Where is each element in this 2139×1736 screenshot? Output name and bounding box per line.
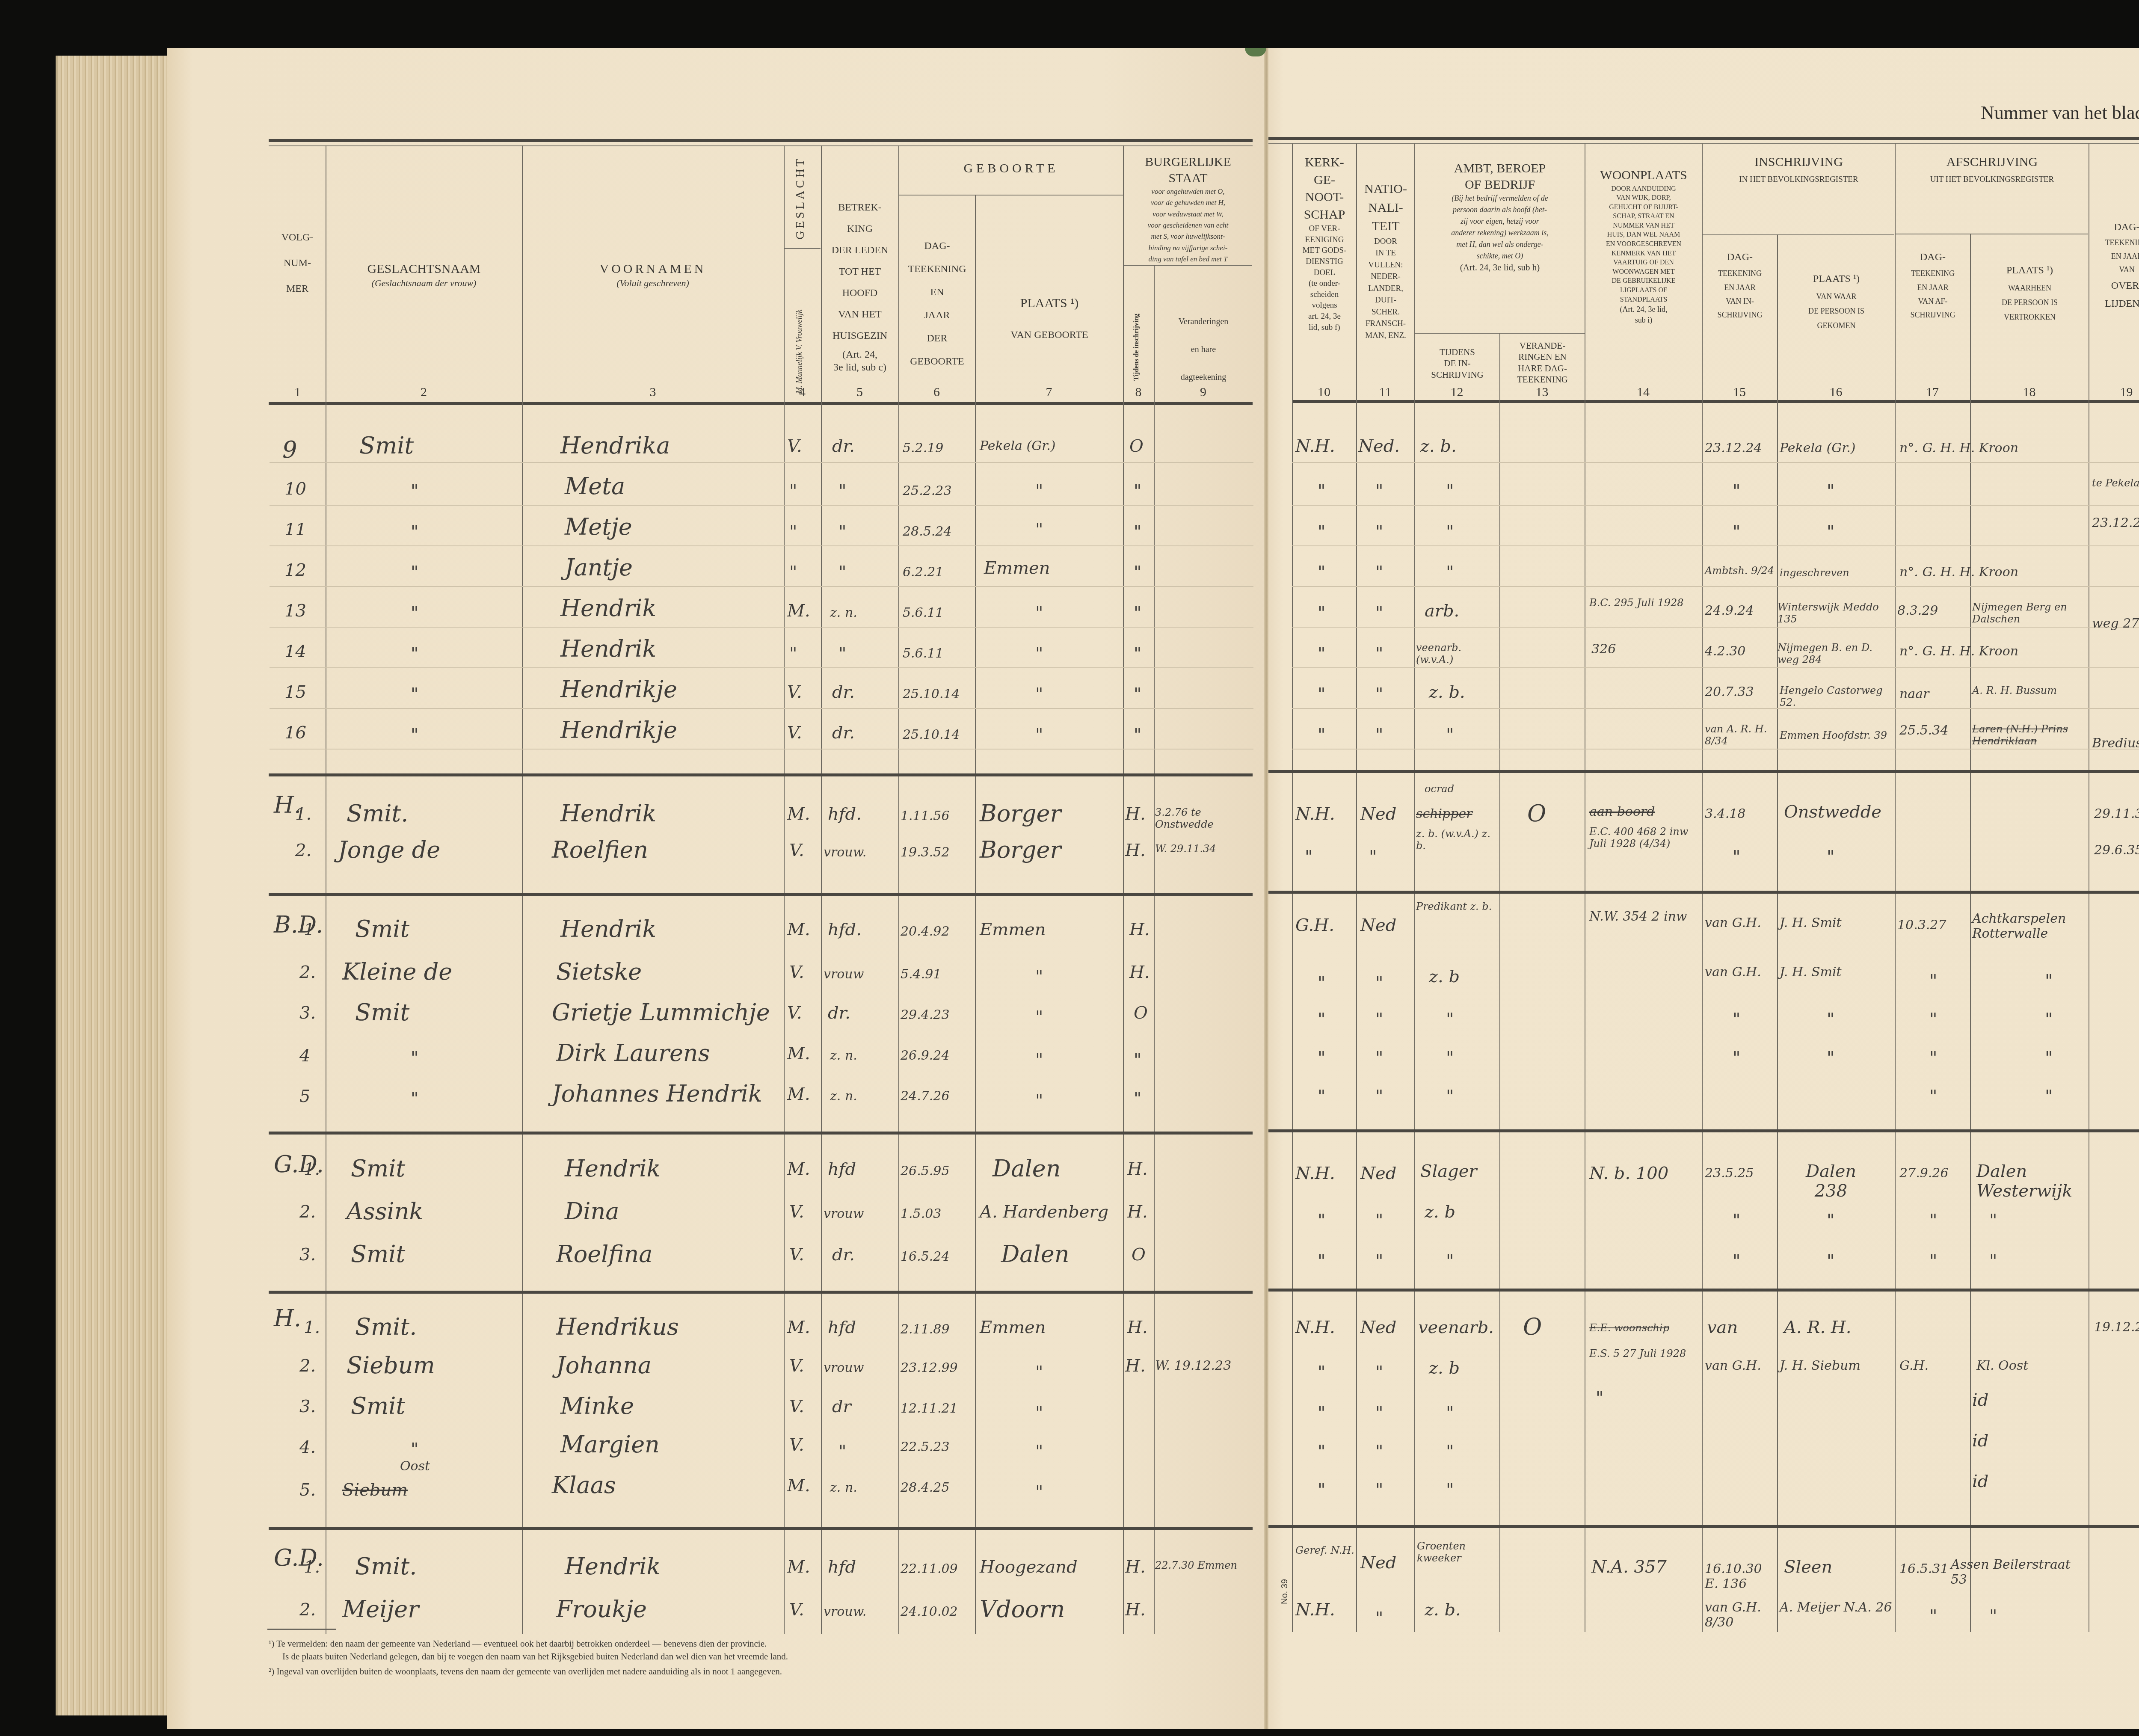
sex: V. xyxy=(787,723,802,743)
row-line xyxy=(1292,749,2139,750)
birth-date: 19.3.52 xyxy=(901,845,950,860)
deregistration-place: " xyxy=(2045,1087,2053,1106)
birth-place: Vdoorn xyxy=(980,1596,1065,1623)
row-line xyxy=(270,708,1253,709)
registration-place: Nijmegen B. en D. weg 284 xyxy=(1778,642,1893,666)
birth-date: 25.2.23 xyxy=(903,483,952,498)
religion: " xyxy=(1305,847,1312,867)
registration-date: " xyxy=(1733,1251,1740,1271)
religion: N.H. xyxy=(1295,1600,1335,1620)
occupation-change: O xyxy=(1523,1313,1542,1340)
marital-status: H. xyxy=(1127,1159,1148,1179)
deregistration-place: " xyxy=(2045,1048,2053,1068)
registration-date: van xyxy=(1707,1318,1738,1337)
header-plaats-geboorte: PLAATS ¹) VAN GEBOORTE xyxy=(976,295,1123,341)
birth-date: 25.10.14 xyxy=(903,727,960,742)
col-line xyxy=(1702,143,1703,1632)
col-line xyxy=(1292,143,1293,1632)
occupation: " xyxy=(1446,1010,1454,1029)
relation: vrouw xyxy=(824,967,864,982)
birth-place: " xyxy=(1035,1007,1043,1027)
address: N.A. 357 xyxy=(1591,1557,1667,1577)
birth-place: " xyxy=(1035,1363,1043,1382)
household-separator xyxy=(1268,891,2139,894)
row-line xyxy=(1292,505,2139,506)
marital-status: H. xyxy=(1127,1202,1148,1222)
surname: Smit. xyxy=(355,1313,417,1340)
household-separator xyxy=(1268,770,2139,773)
birth-date: 28.5.24 xyxy=(903,524,952,539)
deregistration-place: Achtkarspelen Rotterwalle xyxy=(1972,911,2088,941)
death-date: 29.11.34 xyxy=(2094,806,2139,821)
given-names: Metje xyxy=(565,513,632,540)
surname: " xyxy=(411,644,418,664)
address: aan boord xyxy=(1589,804,1655,819)
relation: dr. xyxy=(832,436,855,456)
death-date: 19.12.23 xyxy=(2094,1320,2139,1335)
religion: N.H. xyxy=(1295,804,1335,824)
birth-place: Emmen xyxy=(984,558,1050,578)
religion: " xyxy=(1318,522,1325,542)
registration-place: " xyxy=(1827,481,1834,501)
deregistration-place: " xyxy=(2045,971,2053,991)
sex: M. xyxy=(787,1159,810,1179)
nationality: " xyxy=(1375,684,1383,704)
nationality: " xyxy=(1375,1363,1383,1382)
row-line xyxy=(270,627,1253,628)
header-bottom-rule-right xyxy=(1292,400,2139,403)
col-line xyxy=(1499,333,1500,1632)
col-line xyxy=(1154,265,1155,1634)
relation: z. n. xyxy=(830,1480,857,1495)
sex: V. xyxy=(789,1356,804,1376)
occupation: z. b xyxy=(1425,1202,1455,1222)
religion: " xyxy=(1318,1010,1325,1029)
surname: Smit. xyxy=(355,1553,417,1580)
row-number: 5. xyxy=(299,1480,316,1500)
row-line xyxy=(270,505,1253,506)
registration-place: Onstwedde xyxy=(1784,802,1881,822)
col-num-14: 14 xyxy=(1585,385,1702,400)
birth-place: Emmen xyxy=(980,1318,1046,1337)
col-num-12: 12 xyxy=(1414,385,1499,400)
header-geslacht: GESLACHT xyxy=(794,157,807,240)
household-separator xyxy=(269,1291,1253,1294)
col-num-1: 1 xyxy=(270,385,326,400)
col-num-6: 6 xyxy=(898,385,975,400)
birth-date: 1.5.03 xyxy=(901,1206,941,1221)
nationality: Ned xyxy=(1360,1318,1396,1337)
row-number: 15 xyxy=(284,682,306,702)
surname: Smit xyxy=(355,999,409,1026)
given-names: Hendrikus xyxy=(556,1313,679,1340)
header-top-thin-left xyxy=(269,145,1253,146)
religion: " xyxy=(1318,973,1325,993)
given-names: Hendrik xyxy=(560,800,656,827)
row-number: 2. xyxy=(299,1202,316,1222)
col-line xyxy=(2089,143,2089,1632)
birth-place: " xyxy=(1035,603,1043,623)
row-line xyxy=(1292,627,2139,628)
birth-date: 25.10.14 xyxy=(903,687,960,702)
death-info: weg 275 xyxy=(2092,616,2139,631)
row-number: 11 xyxy=(284,520,306,539)
row-line xyxy=(270,462,1253,463)
marital-status: " xyxy=(1134,1089,1141,1108)
address: E.E. woonschip xyxy=(1589,1322,1669,1334)
header-burgerlijke-staat: BURGERLIJKE STAAT voor ongehuwden met O,… xyxy=(1124,154,1252,265)
deregistration-date: 8.3.29 xyxy=(1897,603,1938,618)
occupation: " xyxy=(1446,1480,1454,1500)
deregistration-date: " xyxy=(1929,971,1937,991)
registration-place: Emmen Hoofdstr. 39 xyxy=(1780,729,1887,741)
relation: " xyxy=(838,481,846,501)
occupation: veenarb. (w.v.A.) xyxy=(1416,642,1497,666)
birth-place: " xyxy=(1035,725,1043,745)
given-names: Johanna xyxy=(556,1352,652,1379)
religion: Geref. N.H. xyxy=(1295,1544,1355,1556)
surname: " xyxy=(411,1048,418,1068)
header-woonplaats: WOONPLAATS DOOR AANDUIDING VAN WIJK, DOR… xyxy=(1585,167,1702,325)
sex: V. xyxy=(787,436,802,456)
col-line xyxy=(975,195,976,1634)
nationality: Ned xyxy=(1360,915,1396,935)
surname: " xyxy=(411,725,418,745)
given-names: Sietske xyxy=(556,958,642,985)
given-names: Hendrik xyxy=(565,1553,661,1580)
nationality: " xyxy=(1375,1211,1383,1230)
registration-date: 3.4.18 xyxy=(1705,806,1745,821)
registration-date: " xyxy=(1733,847,1740,867)
given-names: Grietje Lummichje xyxy=(552,999,770,1026)
marital-change: 22.7.30 Emmen xyxy=(1155,1559,1251,1571)
given-names: Hendrik xyxy=(565,1155,661,1182)
marital-change: 3.2.76 te Onstwedde xyxy=(1155,806,1251,830)
book-gutter xyxy=(1264,48,1268,1729)
birth-date: 20.4.92 xyxy=(901,924,950,939)
col-line xyxy=(1777,234,1778,1632)
household-separator xyxy=(269,893,1253,896)
row-line xyxy=(270,667,1253,668)
registration-date: van A. R. H. 8/34 xyxy=(1705,723,1778,747)
deregistration-date: " xyxy=(1929,1010,1937,1029)
surname: Smit xyxy=(351,1392,405,1419)
nationality: " xyxy=(1375,725,1383,745)
row-number: 1 xyxy=(304,920,314,939)
birth-place: " xyxy=(1035,684,1043,704)
nationality: " xyxy=(1375,644,1383,664)
religion: " xyxy=(1318,725,1325,745)
sheet-number-label: Nummer van het blad xyxy=(1981,102,2139,124)
surname: Smit xyxy=(359,432,414,459)
surname: " xyxy=(411,522,418,542)
birth-place: Dalen xyxy=(992,1155,1061,1182)
marital-status: H. xyxy=(1125,804,1146,824)
header-overlijden: DAG- TEEKENING EN JAAR VAN OVER- LIJDEN … xyxy=(2089,218,2139,313)
birth-place: " xyxy=(1035,1050,1043,1070)
relation: z. n. xyxy=(830,605,857,620)
registration-place: A. R. H. xyxy=(1784,1318,1851,1337)
address: N.W. 354 2 inw xyxy=(1589,909,1687,924)
row-number: 4 xyxy=(299,1046,310,1066)
header-veranderingen: Veranderingen en hare dagteekening xyxy=(1155,317,1252,383)
birth-date: 5.2.19 xyxy=(903,441,943,456)
registration-date: Ambtsh. 9/24 xyxy=(1705,565,1778,577)
religion: " xyxy=(1318,644,1325,664)
header-afschrijving: AFSCHRIJVING UIT HET BEVOLKINGSREGISTER xyxy=(1896,154,2089,184)
col-line xyxy=(522,145,523,1634)
registration-place: " xyxy=(1827,1010,1834,1029)
row-number: 2. xyxy=(295,841,311,860)
registration-date: 24.9.24 xyxy=(1705,603,1754,618)
row-number: 13 xyxy=(284,601,306,621)
birth-place: " xyxy=(1035,1482,1043,1502)
birth-place: " xyxy=(1035,644,1043,664)
birth-date: 24.10.02 xyxy=(901,1604,958,1619)
birth-date: 24.7.26 xyxy=(901,1089,950,1104)
birth-date: 26.9.24 xyxy=(901,1048,950,1063)
header-veranderingen-beroep: VERANDE- RINGEN EN HARE DAG- TEEKENING xyxy=(1500,340,1585,385)
marital-change: W. 19.12.23 xyxy=(1155,1358,1231,1373)
nationality: " xyxy=(1375,1251,1383,1271)
registration-date: van G.H. xyxy=(1705,915,1761,930)
col-num-15: 15 xyxy=(1702,385,1777,400)
registration-place: J. H. Smit xyxy=(1780,915,1842,930)
registration-place: Winterswijk Meddo 135 xyxy=(1778,601,1893,625)
row-number: 3. xyxy=(299,1003,316,1023)
registration-place: A. Meijer N.A. 26 xyxy=(1780,1600,1895,1615)
relation: dr. xyxy=(832,682,855,702)
occupation: z. b. (w.v.A.) z. b. xyxy=(1416,828,1497,852)
address: 326 xyxy=(1591,642,1616,657)
given-names: Hendrik xyxy=(560,915,656,942)
birth-place: Hoogezand xyxy=(980,1557,1078,1577)
col-line xyxy=(1585,143,1585,1632)
registration-place: Dalen 238 xyxy=(1788,1161,1874,1201)
household-separator xyxy=(269,1527,1253,1530)
religion: N.H. xyxy=(1295,436,1335,456)
header-geslacht-mv: M. Mannelijk V. Vrouwelijk xyxy=(795,310,804,394)
surname: " xyxy=(411,1440,418,1459)
row-number: 1. xyxy=(295,804,311,824)
col-line xyxy=(1895,143,1896,1632)
occupation: z. b. xyxy=(1429,682,1465,702)
given-names: Hendrik xyxy=(560,595,656,622)
surname: " xyxy=(411,563,418,582)
registration-date: van G.H. xyxy=(1705,965,1761,980)
given-names: Minke xyxy=(560,1392,634,1419)
surname: Meijer xyxy=(342,1596,419,1623)
given-names: Jantje xyxy=(565,554,633,581)
col-num-19: 19 xyxy=(2089,385,2139,400)
header-volgnummer: VOLG- NUM- MER xyxy=(270,231,325,295)
registration-place: Hengelo Castorweg 52. xyxy=(1780,684,1895,708)
header-plaats-waarheen: PLAATS ¹) WAARHEEN DE PERSOON IS VERTROK… xyxy=(1971,261,2089,324)
address: E.S. 5 27 Juli 1928 xyxy=(1589,1348,1696,1360)
nationality: " xyxy=(1375,1403,1383,1423)
relation: z. n. xyxy=(830,1089,857,1104)
registration-date: " xyxy=(1733,1048,1740,1068)
registration-place: ingeschreven xyxy=(1780,567,1849,579)
relation: vrouw xyxy=(824,1206,864,1221)
relation: hfd. xyxy=(828,920,862,939)
given-names: Hendrikje xyxy=(560,676,677,703)
header-ambt-beroep: AMBT, BEROEP OF BEDRIJF (Bij het bedrijf… xyxy=(1415,160,1585,273)
deregistration-date: 16.5.31 xyxy=(1899,1561,1949,1576)
birth-date: 29.4.23 xyxy=(901,1007,950,1022)
deregistration-place: Assen Beilerstraat 53 xyxy=(1951,1557,2088,1587)
deregistration-place: Dalen Westerwijk xyxy=(1976,1161,2088,1201)
nationality: " xyxy=(1375,603,1383,623)
relation: hfd xyxy=(828,1159,856,1179)
deregistration-date: " xyxy=(1929,1251,1937,1271)
surname: Smit xyxy=(355,915,409,942)
sex: M. xyxy=(787,1084,810,1104)
birth-date: 22.11.09 xyxy=(901,1561,958,1576)
col-line xyxy=(898,145,899,1634)
relation: vrouw xyxy=(824,1360,864,1375)
address: " xyxy=(1596,1388,1603,1408)
occupation: z. b. xyxy=(1420,436,1457,456)
religion: " xyxy=(1318,1403,1325,1423)
marital-status: O xyxy=(1134,1003,1148,1023)
registration-date: " xyxy=(1733,1010,1740,1029)
birth-place: " xyxy=(1035,1442,1043,1461)
row-number: 14 xyxy=(284,642,306,661)
deregistration-place: id xyxy=(1972,1472,1988,1491)
religion: N.H. xyxy=(1295,1318,1335,1337)
deregistration-place: id xyxy=(1972,1431,1988,1451)
sex: V. xyxy=(789,1600,804,1620)
birth-date: 16.5.24 xyxy=(901,1249,950,1264)
sex: V. xyxy=(789,1397,804,1416)
header-nationaliteit: NATIO- NALI- TEIT DOOR IN TE VULLEN: NED… xyxy=(1357,180,1414,341)
nationality: " xyxy=(1375,563,1383,582)
relation: dr. xyxy=(832,723,855,743)
header-bottom-rule-left xyxy=(269,402,1253,405)
birth-place: Borger xyxy=(980,800,1061,827)
relation: vrouw. xyxy=(824,845,866,860)
header-kerkgenootschap: KERK- GE- NOOT- SCHAP OF VER- EENIGING M… xyxy=(1293,154,1356,333)
registration-date: van G.H. 8/30 xyxy=(1705,1600,1778,1630)
marital-status: " xyxy=(1134,522,1141,542)
row-line xyxy=(270,545,1253,546)
marital-status: H. xyxy=(1125,1356,1146,1376)
surname-struck: Siebum xyxy=(342,1480,408,1500)
col-num-13: 13 xyxy=(1499,385,1585,400)
religion: N.H. xyxy=(1295,1164,1335,1183)
sex: M. xyxy=(787,804,810,824)
footnote-1: ¹) Te vermelden: den naam der gemeente v… xyxy=(269,1638,767,1649)
birth-date: 5.6.11 xyxy=(903,646,943,661)
occupation-change: O xyxy=(1527,800,1546,827)
marital-status: " xyxy=(1134,603,1141,623)
sex: M. xyxy=(787,1318,810,1337)
relation: " xyxy=(838,1442,846,1461)
nationality: " xyxy=(1375,1048,1383,1068)
registration-place: " xyxy=(1827,1251,1834,1271)
registration-place: J. H. Smit xyxy=(1780,965,1842,980)
birth-date: 23.12.99 xyxy=(901,1360,958,1375)
occupation: " xyxy=(1446,725,1454,745)
household-separator xyxy=(269,1132,1253,1135)
marital-status: " xyxy=(1134,725,1141,745)
deregistration-place: " xyxy=(1989,1251,1997,1271)
occupation: " xyxy=(1446,1442,1454,1461)
nationality: " xyxy=(1375,522,1383,542)
deregistration-date: " xyxy=(1929,1606,1937,1626)
geboorte-subrule xyxy=(899,195,1123,196)
row-number: 4. xyxy=(299,1437,316,1457)
deregistration-date: " xyxy=(1929,1087,1937,1106)
given-names: Hendrika xyxy=(560,432,670,459)
birth-place: Borger xyxy=(980,836,1061,863)
given-names: Froukje xyxy=(556,1596,647,1623)
registration-date: 16.10.30 E. 136 xyxy=(1705,1561,1778,1591)
header-top-rule-left xyxy=(269,139,1253,142)
row-number: 2. xyxy=(299,1356,316,1376)
birth-place: Pekela (Gr.) xyxy=(980,438,1056,453)
row-number: 12 xyxy=(284,560,306,580)
death-date: 29.6.35 xyxy=(2094,843,2139,858)
household-separator xyxy=(1268,1525,2139,1528)
registration-place: " xyxy=(1827,522,1834,542)
sex: M. xyxy=(787,1476,810,1496)
header-inschrijving: INSCHRIJVING IN HET BEVOLKINGSREGISTER xyxy=(1703,154,1895,184)
death-info: Brediusweg 70 xyxy=(2092,736,2139,751)
deregistration-place: n°. G. H. H. Kroon xyxy=(1899,441,2018,456)
surname: " xyxy=(411,481,418,501)
row-line xyxy=(1292,667,2139,668)
nationality: " xyxy=(1375,1087,1383,1106)
col-num-16: 16 xyxy=(1777,385,1895,400)
religion: " xyxy=(1318,1087,1325,1106)
nationality: " xyxy=(1375,1609,1383,1628)
deregistration-place: A. R. H. Bussum xyxy=(1972,684,2088,696)
col-num-9: 9 xyxy=(1154,385,1253,400)
surname: Smit. xyxy=(347,800,408,827)
given-names: Margien xyxy=(560,1431,660,1458)
deregistration-place: Laren (N.H.) Prins Hendriklaan xyxy=(1972,723,2088,747)
surname: Smit xyxy=(351,1241,405,1268)
religion: " xyxy=(1318,684,1325,704)
col-num-8: 8 xyxy=(1123,385,1154,400)
nationality: " xyxy=(1375,973,1383,993)
relation: dr. xyxy=(828,1003,850,1023)
deregistration-place: n°. G. H. H. Kroon xyxy=(1899,644,2018,659)
religion: " xyxy=(1318,563,1325,582)
deregistration-place: n°. G. H. H. Kroon xyxy=(1899,565,2018,580)
col-line xyxy=(784,145,785,1634)
header-betrekking: BETREK- KING DER LEDEN TOT HET HOOFD VAN… xyxy=(822,201,898,374)
occupation: z. b xyxy=(1429,967,1460,986)
registration-place: Sleen xyxy=(1784,1557,1832,1577)
surname: Smit xyxy=(351,1155,405,1182)
afschrijving-subrule xyxy=(1896,234,2088,234)
nationality: Ned xyxy=(1360,1164,1396,1183)
deregistration-date: 10.3.27 xyxy=(1897,918,1946,933)
header-tijdens-inschrijving: Tijdens de inschrijving xyxy=(1133,314,1141,381)
household-separator xyxy=(1268,1289,2139,1292)
birth-date: 28.4.25 xyxy=(901,1480,950,1495)
sex: V. xyxy=(789,1202,804,1222)
given-names: Hendrik xyxy=(560,635,656,662)
occupation: z. b. xyxy=(1425,1600,1461,1620)
marital-status: H. xyxy=(1125,1600,1146,1620)
burgerlijke-subrule xyxy=(1124,265,1252,266)
surname-corrected: Oost xyxy=(400,1459,430,1474)
deregistration-place: Nijmegen Berg en Dalschen xyxy=(1972,601,2088,625)
